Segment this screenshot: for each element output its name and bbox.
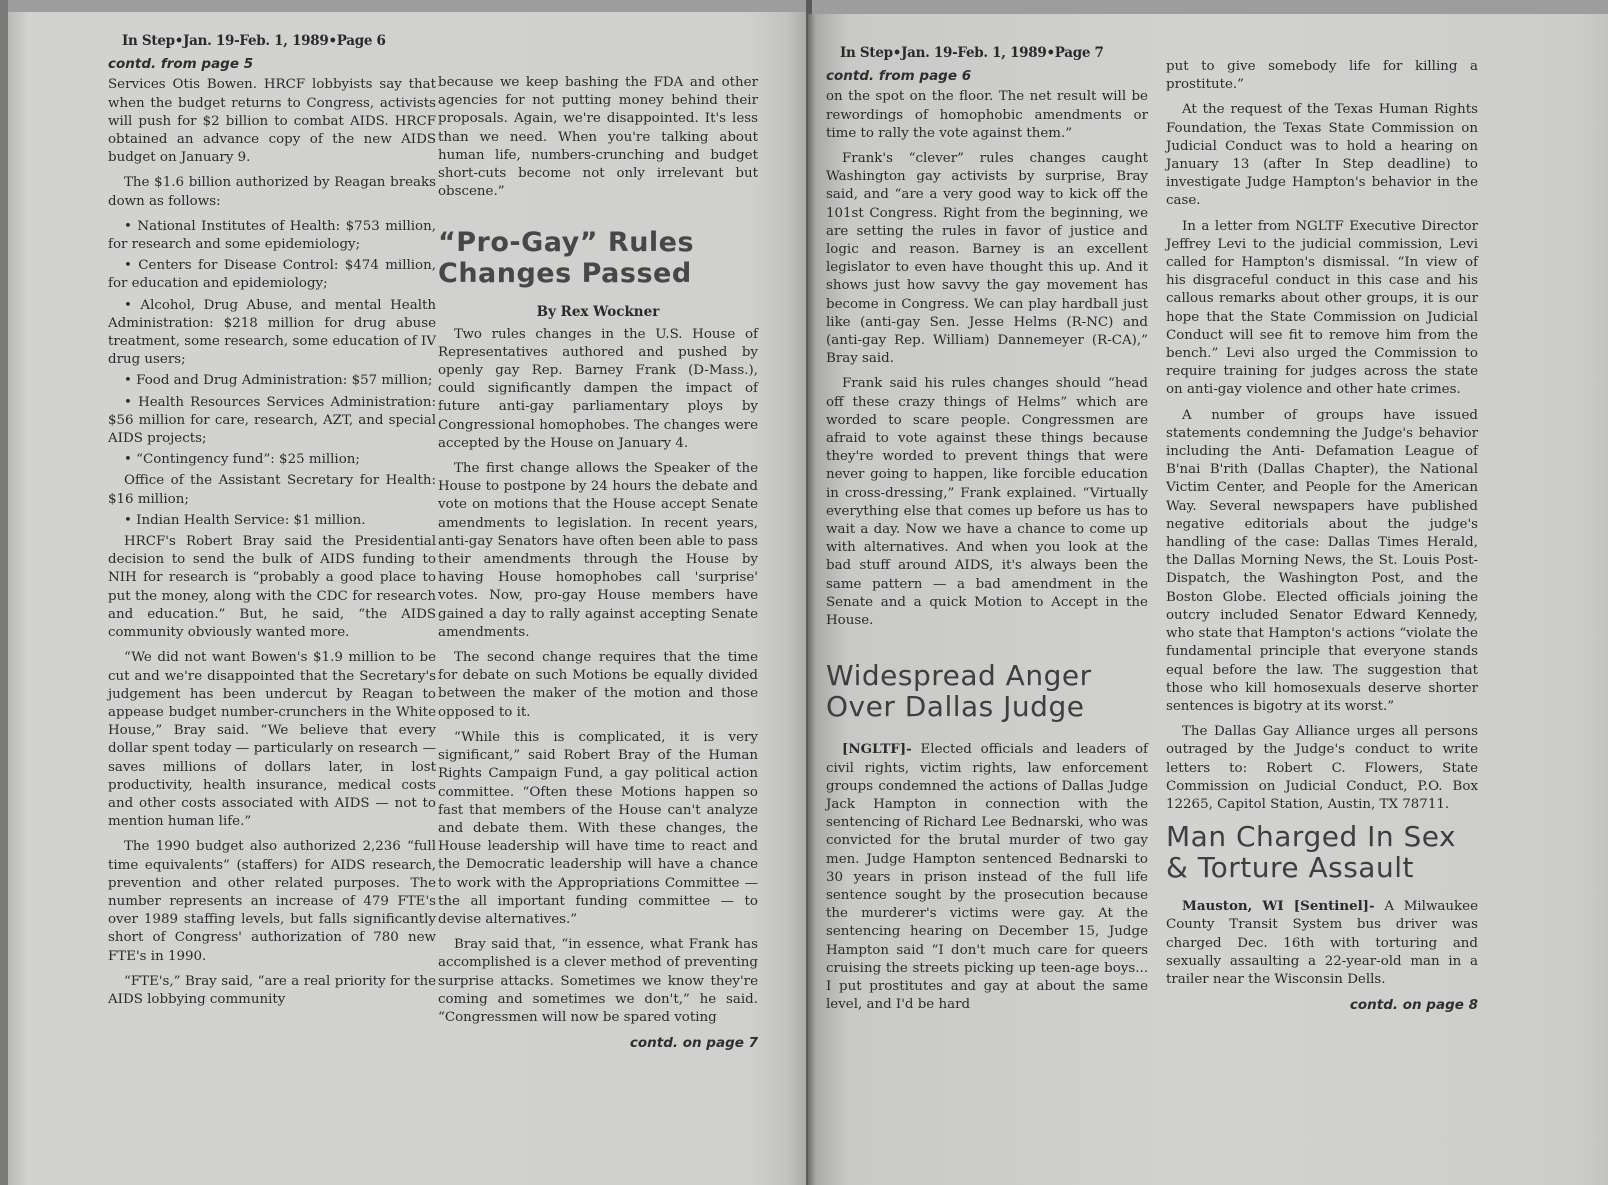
article-paragraph: In a letter from NGLTF Executive Directo… [1166, 218, 1478, 400]
article-paragraph: The second change requires that the time… [438, 649, 758, 722]
budget-item: • Centers for Disease Control: $474 mill… [108, 257, 436, 293]
budget-item: • Food and Drug Administration: $57 mill… [108, 372, 436, 390]
article-paragraph: Bray said that, “in essence, what Frank … [438, 936, 758, 1027]
article-paragraph: The Dallas Gay Alliance urges all person… [1166, 723, 1478, 814]
article-paragraph: The first change allows the Speaker of t… [438, 460, 758, 642]
article-paragraph: The $1.6 billion authorized by Reagan br… [108, 174, 436, 210]
page6-column-2: because we keep bashing the FDA and othe… [438, 74, 758, 1052]
page7-column-2: put to give somebody life for killing a … [1166, 58, 1478, 1014]
article-paragraph: put to give somebody life for killing a … [1166, 58, 1478, 94]
continued-on-label: contd. on page 8 [1166, 996, 1478, 1014]
page-folio: In Step•Jan. 19-Feb. 1, 1989•Page 7 [840, 44, 1148, 62]
headline-pro-gay-rules: “Pro-Gay” Rules Changes Passed [438, 227, 758, 289]
article-paragraph: because we keep bashing the FDA and othe… [438, 74, 758, 201]
page-folio: In Step•Jan. 19-Feb. 1, 1989•Page 6 [122, 32, 436, 50]
book-edge [0, 0, 8, 1185]
budget-item: Office of the Assistant Secretary for He… [108, 472, 436, 508]
article-paragraph: [NGLTF]- Elected officials and leaders o… [826, 740, 1148, 1014]
budget-item: • Alcohol, Drug Abuse, and mental Health… [108, 297, 436, 370]
article-paragraph: Services Otis Bowen. HRCF lobbyists say … [108, 76, 436, 167]
page6-column-1: In Step•Jan. 19-Feb. 1, 1989•Page 6 cont… [108, 32, 436, 1016]
continued-on-label: contd. on page 7 [438, 1034, 758, 1052]
article-paragraph: Mauston, WI [Sentinel]- A Milwaukee Coun… [1166, 897, 1478, 989]
headline-dallas-judge: Widespread Anger Over Dallas Judge [826, 660, 1148, 722]
article-text: Elected officials and leaders of civil r… [826, 742, 1148, 1012]
article-paragraph: The 1990 budget also authorized 2,236 “f… [108, 838, 436, 965]
budget-item: • National Institutes of Health: $753 mi… [108, 218, 436, 254]
headline-man-charged: Man Charged In Sex & Torture Assault [1166, 821, 1478, 883]
page-7: In Step•Jan. 19-Feb. 1, 1989•Page 7 cont… [808, 14, 1608, 1185]
article-paragraph: A number of groups have issued statement… [1166, 407, 1478, 716]
page7-column-1: In Step•Jan. 19-Feb. 1, 1989•Page 7 cont… [826, 44, 1148, 1021]
page-6: In Step•Jan. 19-Feb. 1, 1989•Page 6 cont… [8, 12, 808, 1185]
source-tag: [NGLTF]- [842, 741, 912, 757]
article-paragraph: on the spot on the floor. The net result… [826, 88, 1148, 143]
byline: By Rex Wockner [438, 303, 758, 321]
continued-from-label: contd. from page 6 [826, 67, 1148, 85]
budget-item: • Indian Health Service: $1 million. [108, 512, 436, 530]
article-paragraph: Frank said his rules changes should “hea… [826, 375, 1148, 630]
article-paragraph: HRCF's Robert Bray said the Presidential… [108, 533, 436, 642]
article-paragraph: “We did not want Bowen's $1.9 million to… [108, 649, 436, 831]
article-paragraph: “FTE's,” Bray said, “are a real priority… [108, 973, 436, 1009]
article-paragraph: “While this is complicated, it is very s… [438, 729, 758, 929]
continued-from-label: contd. from page 5 [108, 55, 436, 73]
budget-item: • Health Resources Services Administrati… [108, 394, 436, 449]
article-paragraph: At the request of the Texas Human Rights… [1166, 101, 1478, 210]
dateline: Mauston, WI [Sentinel]- [1182, 898, 1375, 914]
article-paragraph: Frank's “clever” rules changes caught Wa… [826, 150, 1148, 368]
article-paragraph: Two rules changes in the U.S. House of R… [438, 326, 758, 453]
budget-item: • “Contingency fund”: $25 million; [108, 451, 436, 469]
